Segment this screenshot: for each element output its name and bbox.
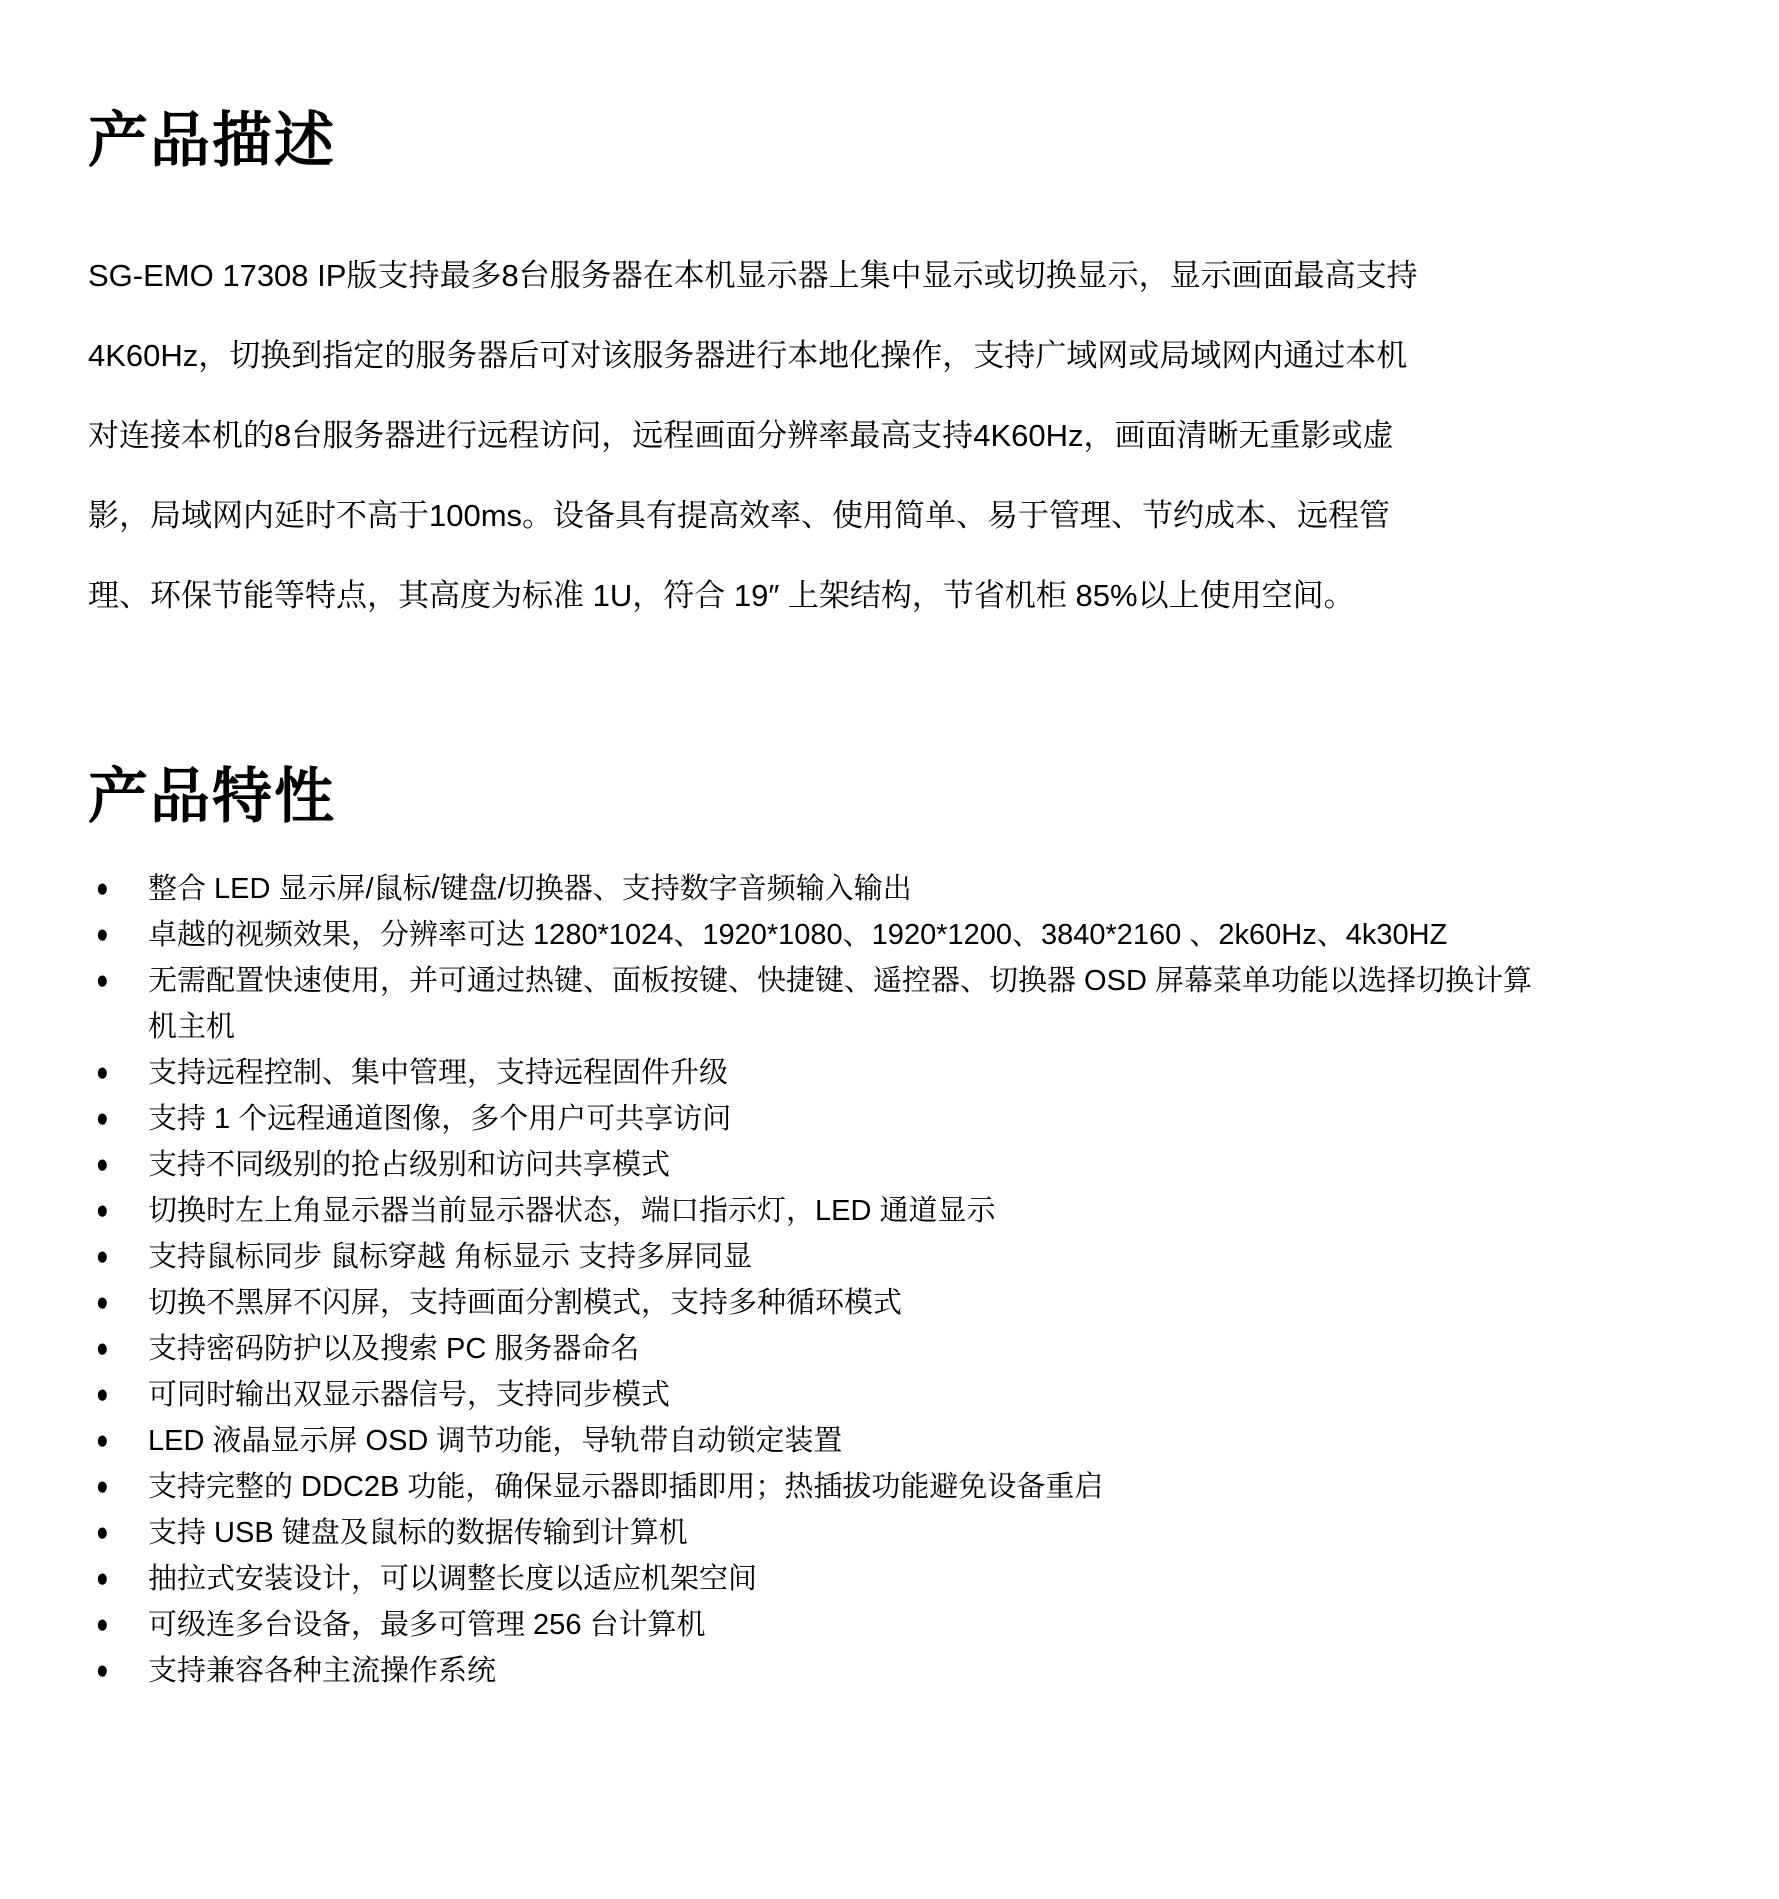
feature-item-text: 无需配置快速使用，并可通过热键、面板按键、快捷键、遥控器、切换器 OSD 屏幕菜… [148,958,1548,1050]
product-features-title: 产品特性 [88,764,1691,830]
feature-item-text: 支持 1 个远程通道图像，多个用户可共享访问 [148,1096,1548,1142]
feature-list-item: ● 切换不黑屏不闪屏，支持画面分割模式，支持多种循环模式 [88,1280,1691,1326]
feature-list-item: ● 支持鼠标同步 鼠标穿越 角标显示 支持多屏同显 [88,1234,1691,1280]
feature-item-text: LED 液晶显示屏 OSD 调节功能，导轨带自动锁定装置 [148,1418,1548,1464]
feature-list-item: ● 卓越的视频效果，分辨率可达 1280*1024、1920*1080、1920… [88,912,1691,958]
feature-item-text: 可同时输出双显示器信号，支持同步模式 [148,1372,1548,1418]
bullet-icon: ● [88,1642,148,1700]
feature-list-item: ● 支持远程控制、集中管理，支持远程固件升级 [88,1050,1691,1096]
feature-item-text: 支持密码防护以及搜索 PC 服务器命名 [148,1326,1548,1372]
bullet-icon: ● [88,952,148,1010]
paragraph-line: 4K60Hz，切换到指定的服务器后可对该服务器进行本地化操作，支持广域网或局域网… [88,316,1691,396]
feature-item-text: 支持完整的 DDC2B 功能，确保显示器即插即用；热插拔功能避免设备重启 [148,1464,1548,1510]
product-description-paragraph: SG-EMO 17308 IP版支持最多8台服务器在本机显示器上集中显示或切换显… [88,236,1691,636]
feature-list-item: ● 支持 USB 键盘及鼠标的数据传输到计算机 [88,1510,1691,1556]
feature-list-item: ● 抽拉式安装设计，可以调整长度以适应机架空间 [88,1556,1691,1602]
feature-item-text: 抽拉式安装设计，可以调整长度以适应机架空间 [148,1556,1548,1602]
feature-item-text: 支持远程控制、集中管理，支持远程固件升级 [148,1050,1548,1096]
feature-list-item: ● 支持兼容各种主流操作系统 [88,1648,1691,1694]
feature-item-text: 可级连多台设备，最多可管理 256 台计算机 [148,1602,1548,1648]
feature-item-text: 切换时左上角显示器当前显示器状态，端口指示灯，LED 通道显示 [148,1188,1548,1234]
feature-item-text: 整合 LED 显示屏/鼠标/键盘/切换器、支持数字音频输入输出 [148,866,1548,912]
feature-list-item: ● 支持完整的 DDC2B 功能，确保显示器即插即用；热插拔功能避免设备重启 [88,1464,1691,1510]
paragraph-line: 对连接本机的8台服务器进行远程访问，远程画面分辨率最高支持4K60Hz，画面清晰… [88,396,1691,476]
paragraph-line: SG-EMO 17308 IP版支持最多8台服务器在本机显示器上集中显示或切换显… [88,236,1691,316]
feature-item-text: 卓越的视频效果，分辨率可达 1280*1024、1920*1080、1920*1… [148,912,1548,958]
product-description-title: 产品描述 [88,108,1691,174]
feature-list-item: ● 可级连多台设备，最多可管理 256 台计算机 [88,1602,1691,1648]
feature-item-text: 支持 USB 键盘及鼠标的数据传输到计算机 [148,1510,1548,1556]
feature-list-item: ● 整合 LED 显示屏/鼠标/键盘/切换器、支持数字音频输入输出 [88,866,1691,912]
feature-list-item: ● 支持 1 个远程通道图像，多个用户可共享访问 [88,1096,1691,1142]
document-page: 产品描述 SG-EMO 17308 IP版支持最多8台服务器在本机显示器上集中显… [0,0,1779,1899]
feature-list-item: ● 无需配置快速使用，并可通过热键、面板按键、快捷键、遥控器、切换器 OSD 屏… [88,958,1691,1050]
feature-list-item: ● 切换时左上角显示器当前显示器状态，端口指示灯，LED 通道显示 [88,1188,1691,1234]
feature-item-text: 支持兼容各种主流操作系统 [148,1648,1548,1694]
paragraph-line: 理、环保节能等特点，其高度为标准 1U，符合 19″ 上架结构，节省机柜 85%… [88,556,1691,636]
feature-list-item: ● LED 液晶显示屏 OSD 调节功能，导轨带自动锁定装置 [88,1418,1691,1464]
feature-item-text: 支持鼠标同步 鼠标穿越 角标显示 支持多屏同显 [148,1234,1548,1280]
feature-list-item: ● 支持不同级别的抢占级别和访问共享模式 [88,1142,1691,1188]
feature-item-text: 切换不黑屏不闪屏，支持画面分割模式，支持多种循环模式 [148,1280,1548,1326]
feature-list-item: ● 支持密码防护以及搜索 PC 服务器命名 [88,1326,1691,1372]
paragraph-line: 影，局域网内延时不高于100ms。设备具有提高效率、使用简单、易于管理、节约成本… [88,476,1691,556]
feature-list-item: ● 可同时输出双显示器信号，支持同步模式 [88,1372,1691,1418]
feature-item-text: 支持不同级别的抢占级别和访问共享模式 [148,1142,1548,1188]
product-features-list: ● 整合 LED 显示屏/鼠标/键盘/切换器、支持数字音频输入输出 ● 卓越的视… [88,866,1691,1694]
